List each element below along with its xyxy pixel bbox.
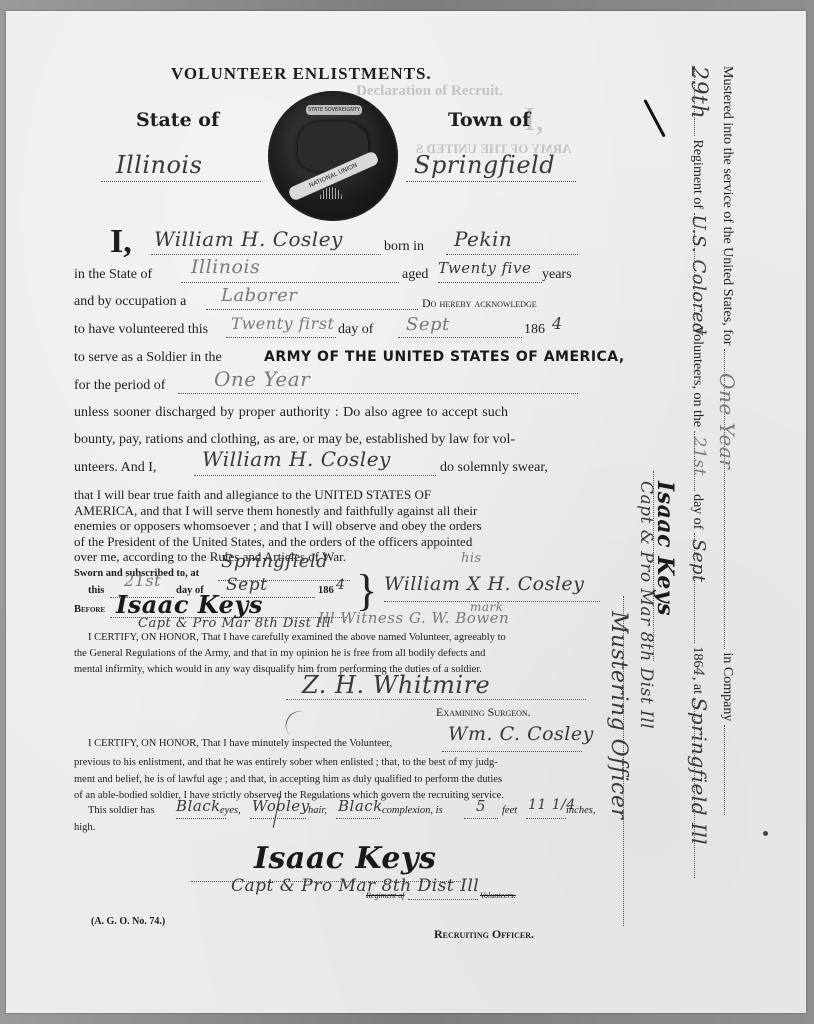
name-field-line — [151, 254, 381, 255]
occupation-line — [206, 309, 418, 310]
muster-line2: 29th Regiment of U.S. Colored Volunteers… — [689, 66, 706, 878]
oath-line: that I will bear true faith and allegian… — [74, 487, 594, 503]
oath-line: of the President of the United States, a… — [74, 534, 594, 550]
enlistment-form: Declaration of Recruit. I, ARMY OF THE U… — [6, 11, 806, 1013]
feet-label: feet — [502, 805, 517, 816]
recruiting-signature-title: Capt & Pro Mar 8th Dist Ill — [231, 876, 479, 896]
eyes-line — [176, 818, 226, 819]
check-mark — [643, 99, 665, 137]
hair-label: hair, — [308, 805, 327, 816]
sworn-year-suffix[interactable]: 4 — [336, 577, 345, 593]
oath-line: AMERICA, and that I will serve them hone… — [74, 503, 594, 519]
volunteer-name-line — [442, 751, 582, 752]
year-prefix: 186 — [524, 322, 545, 338]
muster-day-line: 21st — [694, 431, 695, 491]
regiment-of-field[interactable]: U.S. Colored — [688, 215, 709, 335]
before-label: Before — [74, 604, 105, 615]
feet-line — [464, 818, 498, 819]
year-suffix-field[interactable]: 4 — [552, 314, 563, 333]
before-title: Capt & Pro Mar 8th Dist Ill — [138, 616, 331, 631]
oath-line: over me, according to the Rules and Arti… — [74, 549, 594, 565]
in-company-label: in Company — [720, 653, 735, 722]
state-field-line — [101, 181, 261, 182]
surgeon-signature[interactable]: Z. H. Whitmire — [302, 671, 490, 699]
muster-place-field[interactable]: Springfield Ill — [687, 698, 711, 846]
ink-spot — [763, 831, 768, 836]
muster-year-label: 186 — [690, 646, 705, 667]
born-in-label: born in — [384, 239, 424, 255]
sun-icon — [320, 187, 342, 199]
muster-year-suffix[interactable]: 4 — [690, 667, 706, 676]
recruiting-line: previous to his enlistment, and that he … — [74, 755, 604, 772]
discharge-text: unless sooner discharged by proper autho… — [74, 405, 508, 421]
years-label: years — [542, 267, 572, 283]
regiment-number-field[interactable]: 29th — [686, 66, 711, 119]
serve-label: to serve as a Soldier in the — [74, 350, 222, 366]
volunteers-struck-label: Volunteers. — [480, 891, 516, 900]
regiment-of-line: U.S. Colored — [694, 213, 695, 323]
regiment-of-label: Regiment of — [366, 891, 404, 900]
town-field-line — [406, 181, 576, 182]
complexion-label: complexion, is — [382, 805, 443, 816]
surgeon-line: I CERTIFY, ON HONOR, That I have careful… — [74, 630, 604, 646]
eyes-field[interactable]: Black — [176, 797, 221, 815]
birth-state-field[interactable]: Illinois — [191, 256, 260, 278]
complexion-line — [336, 818, 380, 819]
acknowledge-label: Do hereby acknowledge — [422, 296, 537, 311]
muster-line1-text: Mustered into the service of the United … — [720, 66, 735, 346]
recruiting-certify-prefix: I CERTIFY, ON HONOR, That I have minutel… — [88, 738, 392, 749]
period-field[interactable]: One Year — [214, 367, 310, 391]
age-line — [438, 282, 542, 283]
company-line[interactable] — [724, 725, 725, 815]
born-in-field-line — [446, 254, 578, 255]
recruit-name-field[interactable]: William H. Cosley — [154, 227, 343, 251]
feet-field[interactable]: 5 — [476, 797, 486, 815]
eyes-label: eyes, — [220, 805, 241, 816]
his-label: his — [461, 551, 482, 566]
volunteer-name-field[interactable]: Wm. C. Cosley — [448, 723, 594, 745]
sworn-day-field[interactable]: 21st — [124, 571, 161, 590]
inches-line — [526, 818, 566, 819]
muster-day-field[interactable]: 21st — [689, 437, 709, 476]
town-field[interactable]: Springfield — [414, 151, 555, 179]
volunteers-label: unteers. And I, — [74, 460, 156, 476]
recruiting-line: ment and belief, he is of lawful age ; a… — [74, 772, 604, 789]
volunteer-month-field[interactable]: Sept — [406, 314, 450, 335]
sworn-year-prefix: 186 — [318, 585, 334, 596]
state-seal-emblem: STATE SOVEREIGNTY NATIONAL UNION — [268, 91, 398, 221]
description-prefix: This soldier has — [88, 805, 155, 816]
surgeon-signature-line — [286, 699, 586, 700]
inches-label: inches, — [566, 805, 595, 816]
sworn-place-field[interactable]: Springfield — [221, 551, 328, 572]
town-label: Town of — [448, 109, 530, 131]
muster-period-line: One Year — [724, 349, 725, 649]
recruiting-officer-title: Recruiting Officer. — [434, 927, 534, 942]
period-label: for the period of — [74, 378, 165, 394]
regiment-line — [408, 899, 478, 900]
hair-field[interactable]: Wooley — [252, 797, 310, 815]
day-of-label: day of — [338, 322, 373, 338]
volunteer-day-field[interactable]: Twenty first — [231, 314, 334, 333]
oath-line: enemies or opposers whomsoever ; and tha… — [74, 518, 594, 534]
muster-month-field[interactable]: Sept — [688, 539, 709, 583]
occupation-field[interactable]: Laborer — [221, 285, 297, 306]
form-number: (A. G. O. No. 74.) — [91, 916, 165, 927]
muster-month-line: Sept — [694, 533, 695, 643]
oath-name-field[interactable]: William H. Cosley — [202, 447, 391, 471]
muster-place-line: Springfield Ill — [694, 698, 695, 878]
ghost-declaration: Declaration of Recruit. — [356, 83, 503, 100]
high-label: high. — [74, 822, 95, 833]
witness-text: Ill Witness G. W. Bowen — [318, 609, 509, 627]
muster-day-of-label: day of — [690, 494, 705, 529]
birth-state-line — [181, 282, 399, 283]
state-label: State of — [136, 109, 219, 131]
surgeon-line: the General Regulations of the Army, and… — [74, 646, 604, 662]
volunteered-label: to have volunteered this — [74, 322, 208, 338]
muster-volunteers-label: Volunteers, on the — [690, 326, 705, 427]
form-title: VOLUNTEER ENLISTMENTS. — [171, 64, 432, 84]
brace: } — [356, 569, 377, 613]
occupation-label: and by occupation a — [74, 294, 186, 310]
muster-period-field[interactable]: One Year — [715, 373, 739, 469]
born-in-field[interactable]: Pekin — [454, 227, 512, 251]
hair-line — [250, 818, 306, 819]
volunteer-day-line — [226, 337, 336, 338]
before-signature[interactable]: Isaac Keys — [116, 590, 263, 619]
age-field[interactable]: Twenty five — [438, 259, 531, 277]
swear-label: do solemnly swear, — [440, 460, 548, 476]
regiment-label: Regiment of — [690, 140, 705, 210]
regiment-number-line: 29th — [694, 66, 695, 136]
bounty-text: bounty, pay, rations and clothing, as ar… — [74, 432, 515, 448]
big-I: I, — [110, 223, 132, 261]
complexion-field[interactable]: Black — [338, 797, 383, 815]
this-label: this — [88, 585, 104, 596]
aged-label: aged — [402, 267, 428, 283]
army-label: ARMY OF THE UNITED STATES OF AMERICA, — [264, 349, 625, 365]
seal-top-ribbon: STATE SOVEREIGNTY — [306, 105, 362, 115]
state-field[interactable]: Illinois — [116, 151, 202, 179]
recruiting-signature[interactable]: Isaac Keys — [254, 841, 436, 876]
muster-at-label: , at — [690, 677, 705, 694]
surgeon-title: Examining Surgeon. — [436, 705, 531, 720]
recruit-signature[interactable]: William X H. Cosley — [384, 573, 584, 595]
muster-officer-title: Capt & Pro Mar 8th Dist Ill — [636, 481, 656, 729]
period-line — [178, 393, 578, 394]
oath-text: that I will bear true faith and allegian… — [74, 487, 594, 565]
muster-line1: Mustered into the service of the United … — [719, 66, 735, 815]
muster-officer-role: Mustering Officer — [606, 611, 631, 819]
pen-stroke — [281, 707, 314, 741]
volunteer-month-line — [398, 337, 522, 338]
state-of-label: in the State of — [74, 267, 152, 283]
oath-name-line — [194, 475, 436, 476]
